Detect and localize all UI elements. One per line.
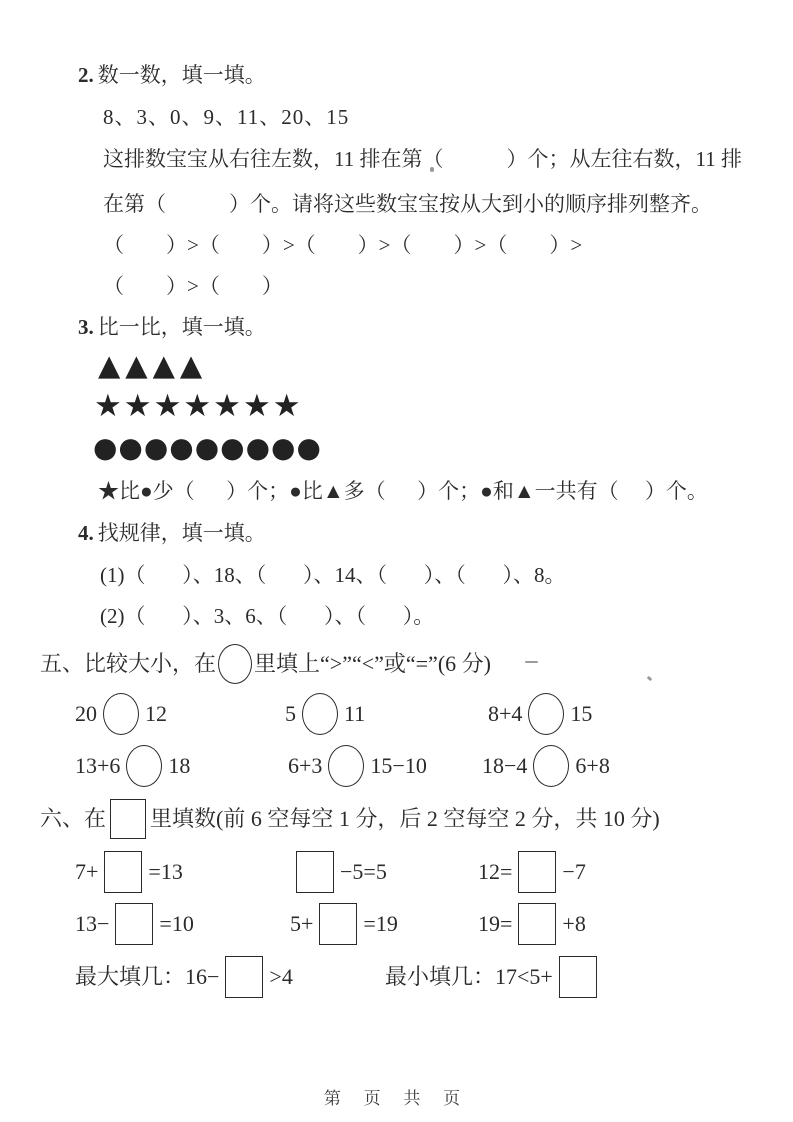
question-4-header: 4.找规律，填一填。 xyxy=(78,518,266,548)
question-2-number-sequence: 8、3、0、9、11、20、15 xyxy=(103,102,349,132)
equation-answer-box[interactable] xyxy=(296,851,334,893)
equation-post: =19 xyxy=(363,902,397,946)
stray-mark xyxy=(430,167,434,172)
equation-item: 13−=10 xyxy=(75,902,194,946)
equation-post: −7 xyxy=(562,850,585,894)
equation-item: 7+=13 xyxy=(75,850,183,894)
comparison-answer-circle[interactable] xyxy=(126,745,162,787)
equation-post: =13 xyxy=(148,850,182,894)
equation-answer-box[interactable] xyxy=(115,903,153,945)
question-2-number: 2. xyxy=(78,63,94,87)
comparison-left: 8+4 xyxy=(488,692,522,736)
equation-pre: 最大填几：16− xyxy=(75,955,219,999)
equation-pre: 最小填几：17<5+ xyxy=(385,955,553,999)
comparison-item: 6+315−10 xyxy=(288,744,427,788)
question-2-title: 数一数，填一填。 xyxy=(98,63,266,87)
equation-post: −5=5 xyxy=(340,850,387,894)
equation-answer-box[interactable] xyxy=(559,956,597,998)
equation-pre: 19= xyxy=(478,902,512,946)
comparison-answer-circle[interactable] xyxy=(528,693,564,735)
section-6-header-post: 里填数(前 6 空每空 1 分，后 2 空每空 2 分，共 10 分) xyxy=(150,806,660,831)
section-6-header-pre: 六、在 xyxy=(40,806,106,831)
section-5-header: 五、比较大小，在里填上“>”“<”或“=”(6 分) xyxy=(40,643,491,688)
question-3-compare-sentence: ★比●少（ ）个；●比▲多（ ）个；●和▲一共有（ ）个。 xyxy=(98,476,708,506)
worksheet-page: 2.数一数，填一填。 8、3、0、9、11、20、15 这排数宝宝从右往左数，1… xyxy=(0,0,793,1122)
equation-answer-box[interactable] xyxy=(518,851,556,893)
fill-box-icon xyxy=(110,799,146,839)
section-6-header: 六、在里填数(前 6 空每空 1 分，后 2 空每空 2 分，共 10 分) xyxy=(40,798,660,843)
question-2-text-line2: 在第（ ）个。请将这些数宝宝按从大到小的顺序排列整齐。 xyxy=(103,189,712,219)
comparison-answer-circle[interactable] xyxy=(533,745,569,787)
star-row: ★★★★★★★ xyxy=(94,388,303,424)
equation-post: +8 xyxy=(562,902,585,946)
circle-row: ●●●●●●●●● xyxy=(93,431,322,464)
equation-post: >4 xyxy=(269,955,292,999)
section-5-header-post: 里填上“>”“<”或“=”(6 分) xyxy=(254,651,491,676)
equation-answer-box[interactable] xyxy=(518,903,556,945)
question-2-ordering-blanks-row2[interactable]: （ ）>（ ） xyxy=(103,271,283,301)
equation-pre: 12= xyxy=(478,850,512,894)
question-3-title: 比一比，填一填。 xyxy=(98,315,266,339)
equation-answer-box[interactable] xyxy=(225,956,263,998)
equation-item: 19=+8 xyxy=(478,902,586,946)
comparison-right: 6+8 xyxy=(575,744,609,788)
equation-item: −5=5 xyxy=(290,850,387,894)
question-4-number: 4. xyxy=(78,521,94,545)
question-2-text-line1: 这排数宝宝从右往左数，11 排在第（ ）个；从左往右数，11 排 xyxy=(103,144,742,174)
comparison-item: 511 xyxy=(285,692,365,736)
stray-mark xyxy=(525,661,538,663)
challenge-item-max: 最大填几：16−>4 xyxy=(75,955,293,999)
challenge-item-min: 最小填几：17<5+ xyxy=(385,955,603,999)
stray-mark xyxy=(647,676,653,682)
equation-answer-box[interactable] xyxy=(104,851,142,893)
comparison-right: 11 xyxy=(344,692,365,736)
comparison-answer-circle[interactable] xyxy=(328,745,364,787)
equation-answer-box[interactable] xyxy=(319,903,357,945)
page-footer: 第 页 共 页 xyxy=(0,1084,793,1109)
comparison-right: 15−10 xyxy=(370,744,426,788)
question-3-number: 3. xyxy=(78,315,94,339)
comparison-item: 8+415 xyxy=(488,692,592,736)
equation-pre: 13− xyxy=(75,902,109,946)
comparison-answer-circle[interactable] xyxy=(302,693,338,735)
comparison-item: 13+618 xyxy=(75,744,190,788)
comparison-left: 6+3 xyxy=(288,744,322,788)
comparison-left: 5 xyxy=(285,692,296,736)
comparison-right: 18 xyxy=(168,744,190,788)
question-2-header: 2.数一数，填一填。 xyxy=(78,60,266,90)
question-2-ordering-blanks-row1[interactable]: （ ）>（ ）>（ ）>（ ）>（ ）> xyxy=(103,230,582,260)
equation-item: 12=−7 xyxy=(478,850,586,894)
question-4-pattern-line1[interactable]: (1)（ ）、18、（ ）、14、（ ）、（ ）、8。 xyxy=(100,560,566,590)
section-5-header-pre: 五、比较大小，在 xyxy=(40,651,216,676)
comparison-right: 12 xyxy=(145,692,167,736)
comparison-item: 18−46+8 xyxy=(482,744,610,788)
equation-pre: 5+ xyxy=(290,902,313,946)
comparison-left: 20 xyxy=(75,692,97,736)
question-4-title: 找规律，填一填。 xyxy=(98,521,266,545)
triangle-row: ▲▲▲▲ xyxy=(98,348,207,382)
equation-post: =10 xyxy=(159,902,193,946)
comparison-right: 15 xyxy=(570,692,592,736)
equation-pre: 7+ xyxy=(75,850,98,894)
comparison-left: 18−4 xyxy=(482,744,527,788)
comparison-left: 13+6 xyxy=(75,744,120,788)
comparison-answer-circle[interactable] xyxy=(103,693,139,735)
question-3-header: 3.比一比，填一填。 xyxy=(78,312,266,342)
question-4-pattern-line2[interactable]: (2)（ ）、3、6、（ ）、（ ）。 xyxy=(100,601,434,631)
compare-circle-icon xyxy=(218,644,252,684)
comparison-item: 2012 xyxy=(75,692,167,736)
equation-item: 5+=19 xyxy=(290,902,398,946)
